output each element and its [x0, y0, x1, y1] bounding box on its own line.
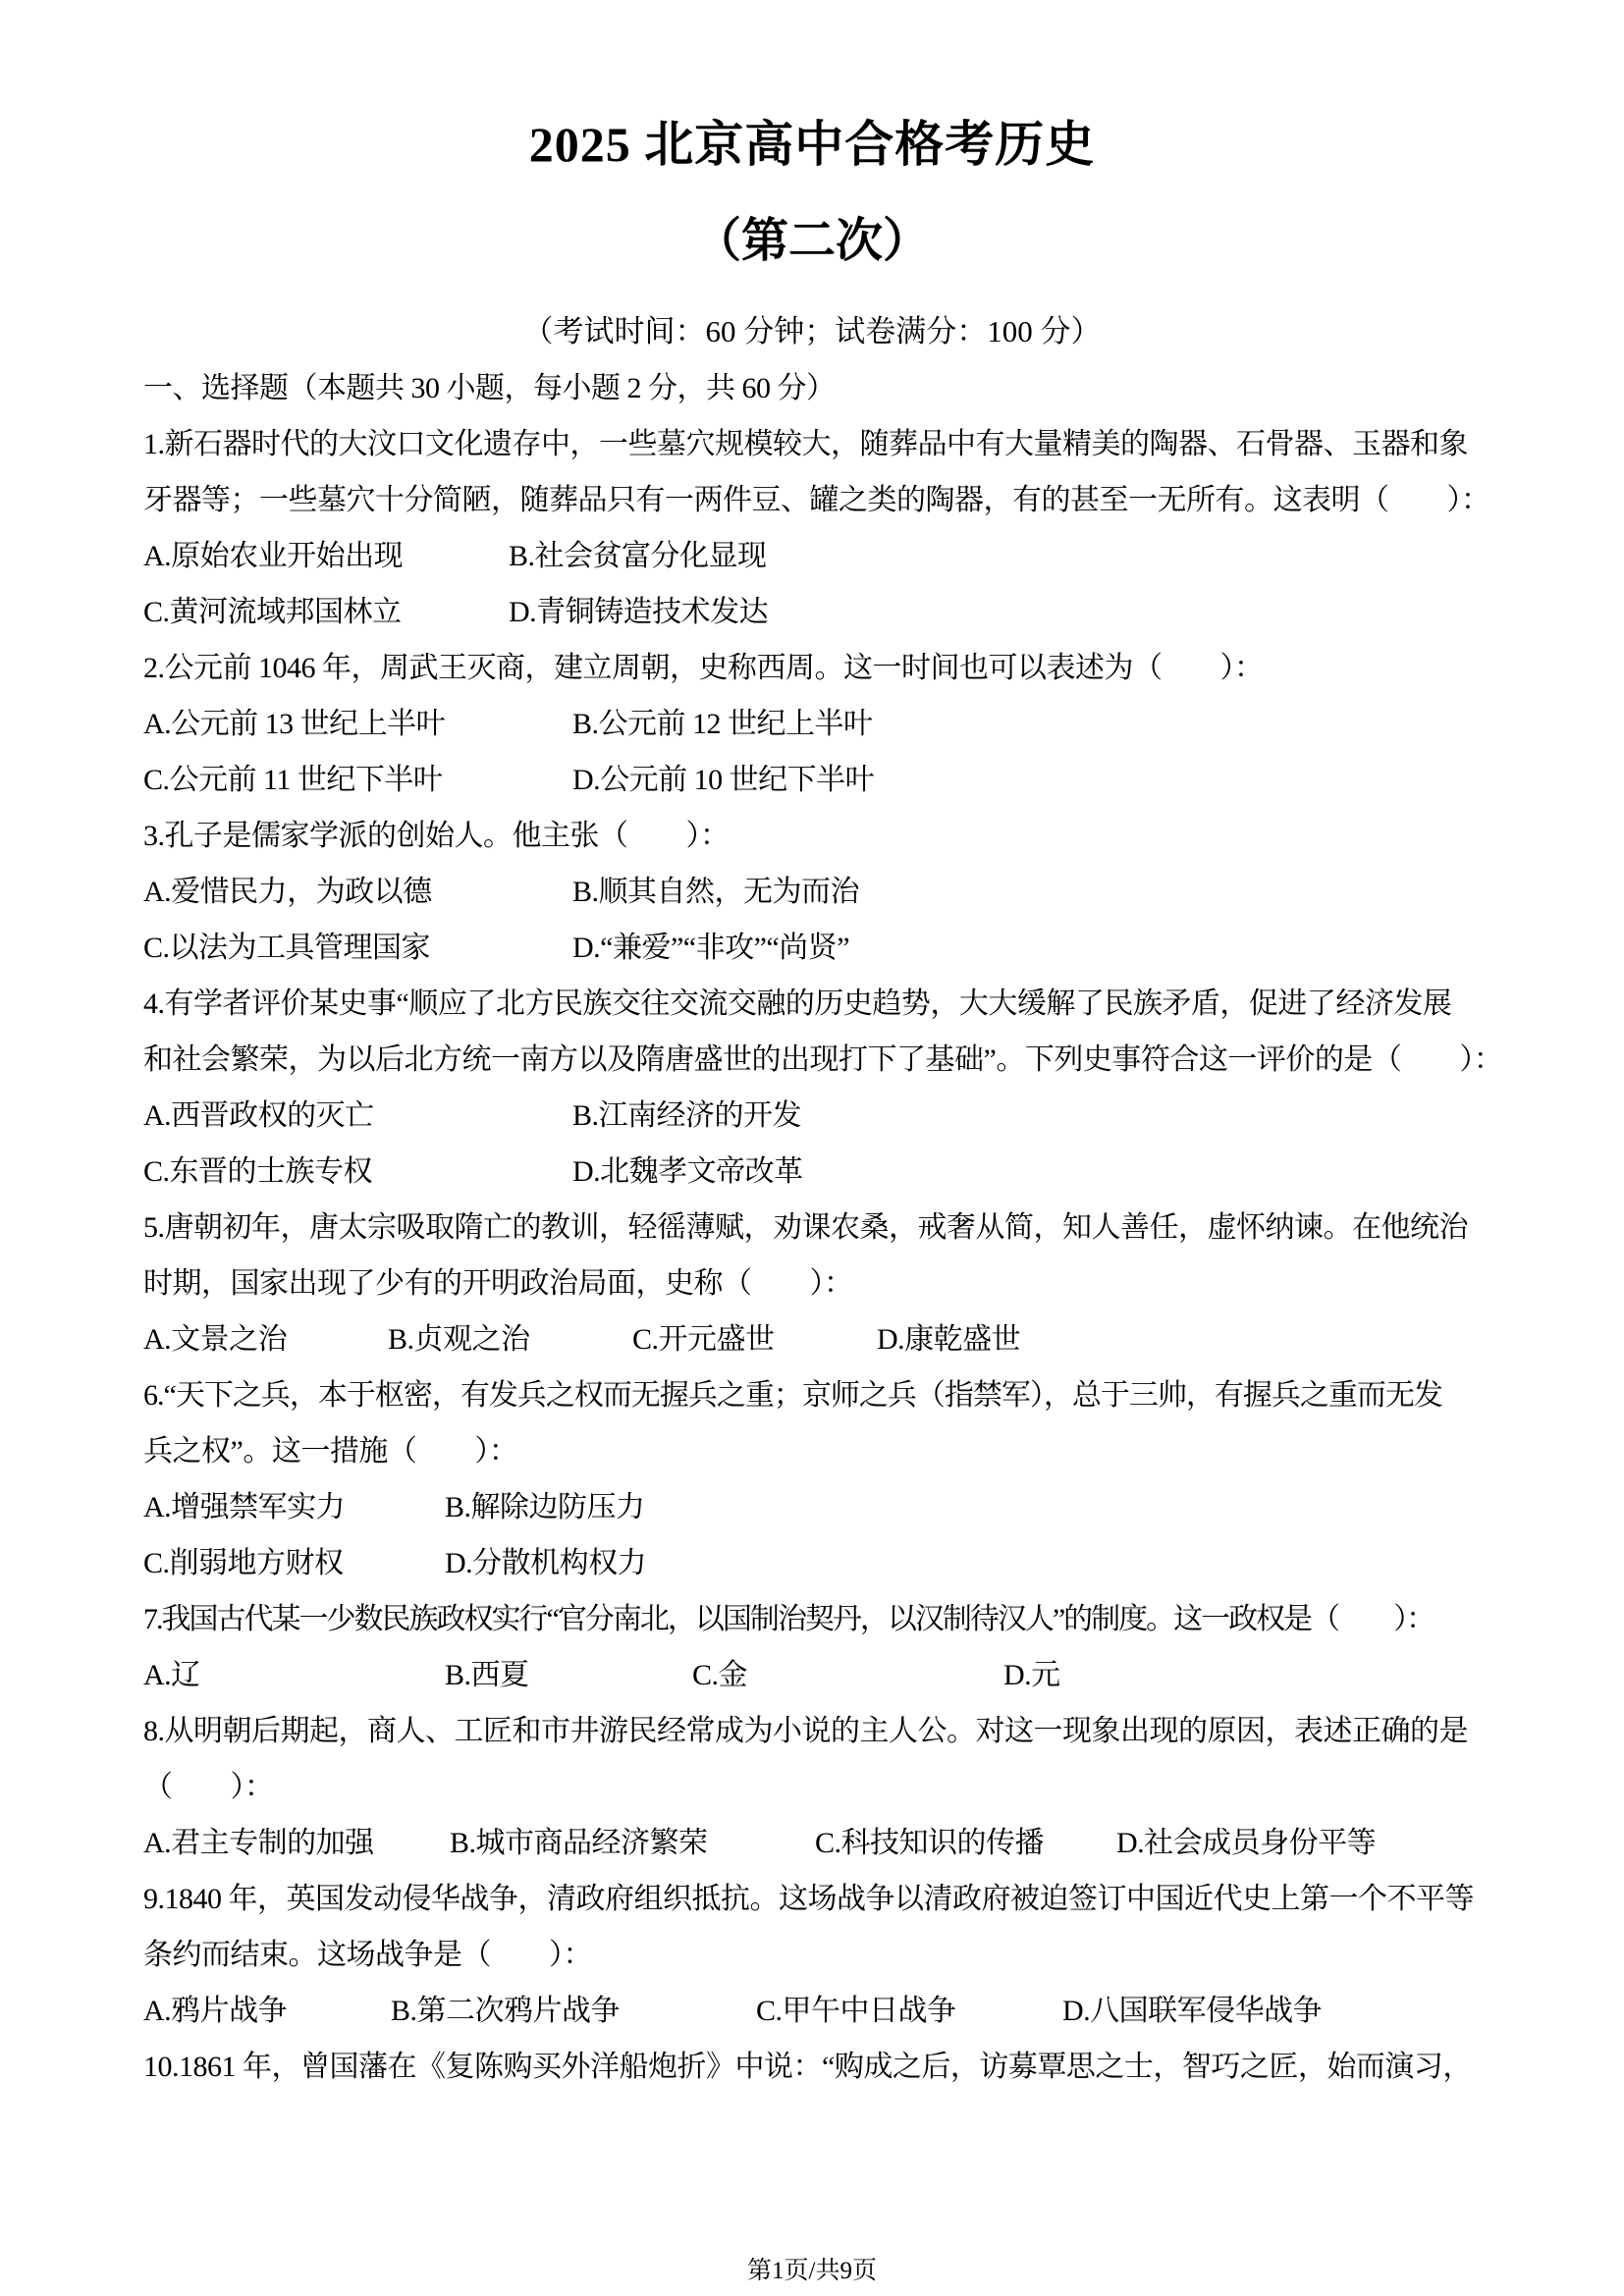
q3-options-row-cd: C.以法为工具管理国家 D.“兼爱”“非攻”“尚贤”	[143, 920, 1481, 976]
q9-option-a: A.鸦片战争	[143, 1983, 384, 2039]
q10-stem-line-1: 10.1861 年，曾国藩在《复陈购买外洋船炮折》中说：“购成之后，访募覃思之士…	[143, 2039, 1481, 2095]
q3-option-c: C.以法为工具管理国家	[143, 920, 566, 976]
q2-options-row-cd: C.公元前 11 世纪下半叶 D.公元前 10 世纪下半叶	[143, 752, 1481, 808]
q1-option-a: A.原始农业开始出现	[143, 528, 502, 584]
q2-option-b: B.公元前 12 世纪上半叶	[572, 696, 873, 752]
q8-option-c: C.科技知识的传播	[815, 1815, 1110, 1871]
q9-option-c: C.甲午中日战争	[756, 1983, 1056, 2039]
q8-option-a: A.君主专制的加强	[143, 1815, 443, 1871]
q5-option-d: D.康乾盛世	[877, 1311, 1020, 1367]
q5-options-row: A.文景之治 B.贞观之治 C.开元盛世 D.康乾盛世	[143, 1311, 1481, 1367]
q9-options-row: A.鸦片战争 B.第二次鸦片战争 C.甲午中日战争 D.八国联军侵华战争	[143, 1983, 1481, 2039]
q7-options-row: A.辽 B.西夏 C.金 D.元	[143, 1647, 1481, 1703]
q7-stem-line-1: 7.我国古代某一少数民族政权实行“官分南北，以国制治契丹，以汉制待汉人”的制度。…	[143, 1591, 1481, 1647]
q1-option-d: D.青铜铸造技术发达	[509, 584, 768, 640]
exam-body: 一、选择题（本题共 30 小题，每小题 2 分，共 60 分） 1.新石器时代的…	[143, 360, 1481, 2095]
q2-option-d: D.公元前 10 世纪下半叶	[572, 752, 874, 808]
q4-options-row-cd: C.东晋的士族专权 D.北魏孝文帝改革	[143, 1144, 1481, 1200]
q6-stem-line-1: 6.“天下之兵，本于枢密，有发兵之权而无握兵之重；京师之兵（指禁军），总于三帅，…	[143, 1367, 1481, 1423]
q7-option-d: D.元	[1003, 1647, 1060, 1703]
exam-paper-page: 2025 北京高中合格考历史 （第二次） （考试时间：60 分钟；试卷满分：10…	[0, 0, 1624, 2296]
q8-stem-line-1: 8.从明朝后期起，商人、工匠和市井游民经常成为小说的主人公。对这一现象出现的原因…	[143, 1703, 1481, 1759]
q4-options-row-ab: A.西晋政权的灭亡 B.江南经济的开发	[143, 1088, 1481, 1144]
q1-options-row-cd: C.黄河流域邦国林立 D.青铜铸造技术发达	[143, 584, 1481, 640]
q1-option-b: B.社会贫富分化显现	[509, 528, 767, 584]
section-header: 一、选择题（本题共 30 小题，每小题 2 分，共 60 分）	[143, 360, 1481, 416]
page-number-footer: 第1页/共9页	[0, 2258, 1624, 2285]
q5-option-b: B.贞观之治	[388, 1311, 625, 1367]
q9-option-b: B.第二次鸦片战争	[391, 1983, 749, 2039]
q8-options-row: A.君主专制的加强 B.城市商品经济繁荣 C.科技知识的传播 D.社会成员身份平…	[143, 1815, 1481, 1871]
q7-option-b: B.西夏	[445, 1647, 685, 1703]
q1-option-c: C.黄河流域邦国林立	[143, 584, 502, 640]
q4-stem-line-1: 4.有学者评价某史事“顺应了北方民族交往交流交融的历史趋势，大大缓解了民族矛盾，…	[143, 976, 1481, 1032]
q7-option-c: C.金	[692, 1647, 997, 1703]
q4-option-a: A.西晋政权的灭亡	[143, 1088, 566, 1144]
q5-option-a: A.文景之治	[143, 1311, 381, 1367]
q5-stem-line-1: 5.唐朝初年，唐太宗吸取隋亡的教训，轻徭薄赋，劝课农桑，戒奢从简，知人善任，虚怀…	[143, 1200, 1481, 1255]
q6-stem-line-2: 兵之权”。这一措施（ ）：	[143, 1423, 1481, 1479]
q6-options-row-ab: A.增强禁军实力 B.解除边防压力	[143, 1479, 1481, 1535]
q3-option-a: A.爱惜民力，为政以德	[143, 864, 566, 920]
q5-option-c: C.开元盛世	[632, 1311, 870, 1367]
q4-option-d: D.北魏孝文帝改革	[572, 1144, 803, 1200]
q6-option-a: A.增强禁军实力	[143, 1479, 438, 1535]
q8-stem-line-2: （ ）：	[143, 1759, 1481, 1815]
q4-stem-line-2: 和社会繁荣，为以后北方统一南方以及隋唐盛世的出现打下了基础”。下列史事符合这一评…	[143, 1032, 1481, 1088]
q3-options-row-ab: A.爱惜民力，为政以德 B.顺其自然，无为而治	[143, 864, 1481, 920]
q8-option-b: B.城市商品经济繁荣	[450, 1815, 808, 1871]
q1-options-row-ab: A.原始农业开始出现 B.社会贫富分化显现	[143, 528, 1481, 584]
exam-meta-info: （考试时间：60 分钟；试卷满分：100 分）	[143, 316, 1481, 347]
q6-option-d: D.分散机构权力	[445, 1535, 646, 1591]
q4-option-b: B.江南经济的开发	[572, 1088, 801, 1144]
q1-stem-line-1: 1.新石器时代的大汶口文化遗存中，一些墓穴规模较大，随葬品中有大量精美的陶器、石…	[143, 416, 1481, 472]
q7-option-a: A.辽	[143, 1647, 438, 1703]
q6-options-row-cd: C.削弱地方财权 D.分散机构权力	[143, 1535, 1481, 1591]
q9-option-d: D.八国联军侵华战争	[1062, 1983, 1322, 2039]
q2-option-c: C.公元前 11 世纪下半叶	[143, 752, 566, 808]
q8-option-d: D.社会成员身份平等	[1116, 1815, 1376, 1871]
page-subtitle: （第二次）	[143, 218, 1481, 265]
q1-stem-line-2: 牙器等；一些墓穴十分简陋，随葬品只有一两件豆、罐之类的陶器，有的甚至一无所有。这…	[143, 472, 1481, 528]
q2-stem-line-1: 2.公元前 1046 年，周武王灭商，建立周朝，史称西周。这一时间也可以表述为（…	[143, 640, 1481, 696]
q6-option-c: C.削弱地方财权	[143, 1535, 438, 1591]
q3-option-b: B.顺其自然，无为而治	[572, 864, 859, 920]
q9-stem-line-1: 9.1840 年，英国发动侵华战争，清政府组织抵抗。这场战争以清政府被迫签订中国…	[143, 1871, 1481, 1927]
q5-stem-line-2: 时期，国家出现了少有的开明政治局面，史称（ ）：	[143, 1255, 1481, 1311]
q3-option-d: D.“兼爱”“非攻”“尚贤”	[572, 920, 849, 976]
q3-stem-line-1: 3.孔子是儒家学派的创始人。他主张（ ）：	[143, 808, 1481, 864]
q4-option-c: C.东晋的士族专权	[143, 1144, 566, 1200]
q6-option-b: B.解除边防压力	[445, 1479, 645, 1535]
page-title: 2025 北京高中合格考历史	[143, 120, 1481, 169]
q9-stem-line-2: 条约而结束。这场战争是（ ）：	[143, 1927, 1481, 1983]
q2-option-a: A.公元前 13 世纪上半叶	[143, 696, 566, 752]
q2-options-row-ab: A.公元前 13 世纪上半叶 B.公元前 12 世纪上半叶	[143, 696, 1481, 752]
